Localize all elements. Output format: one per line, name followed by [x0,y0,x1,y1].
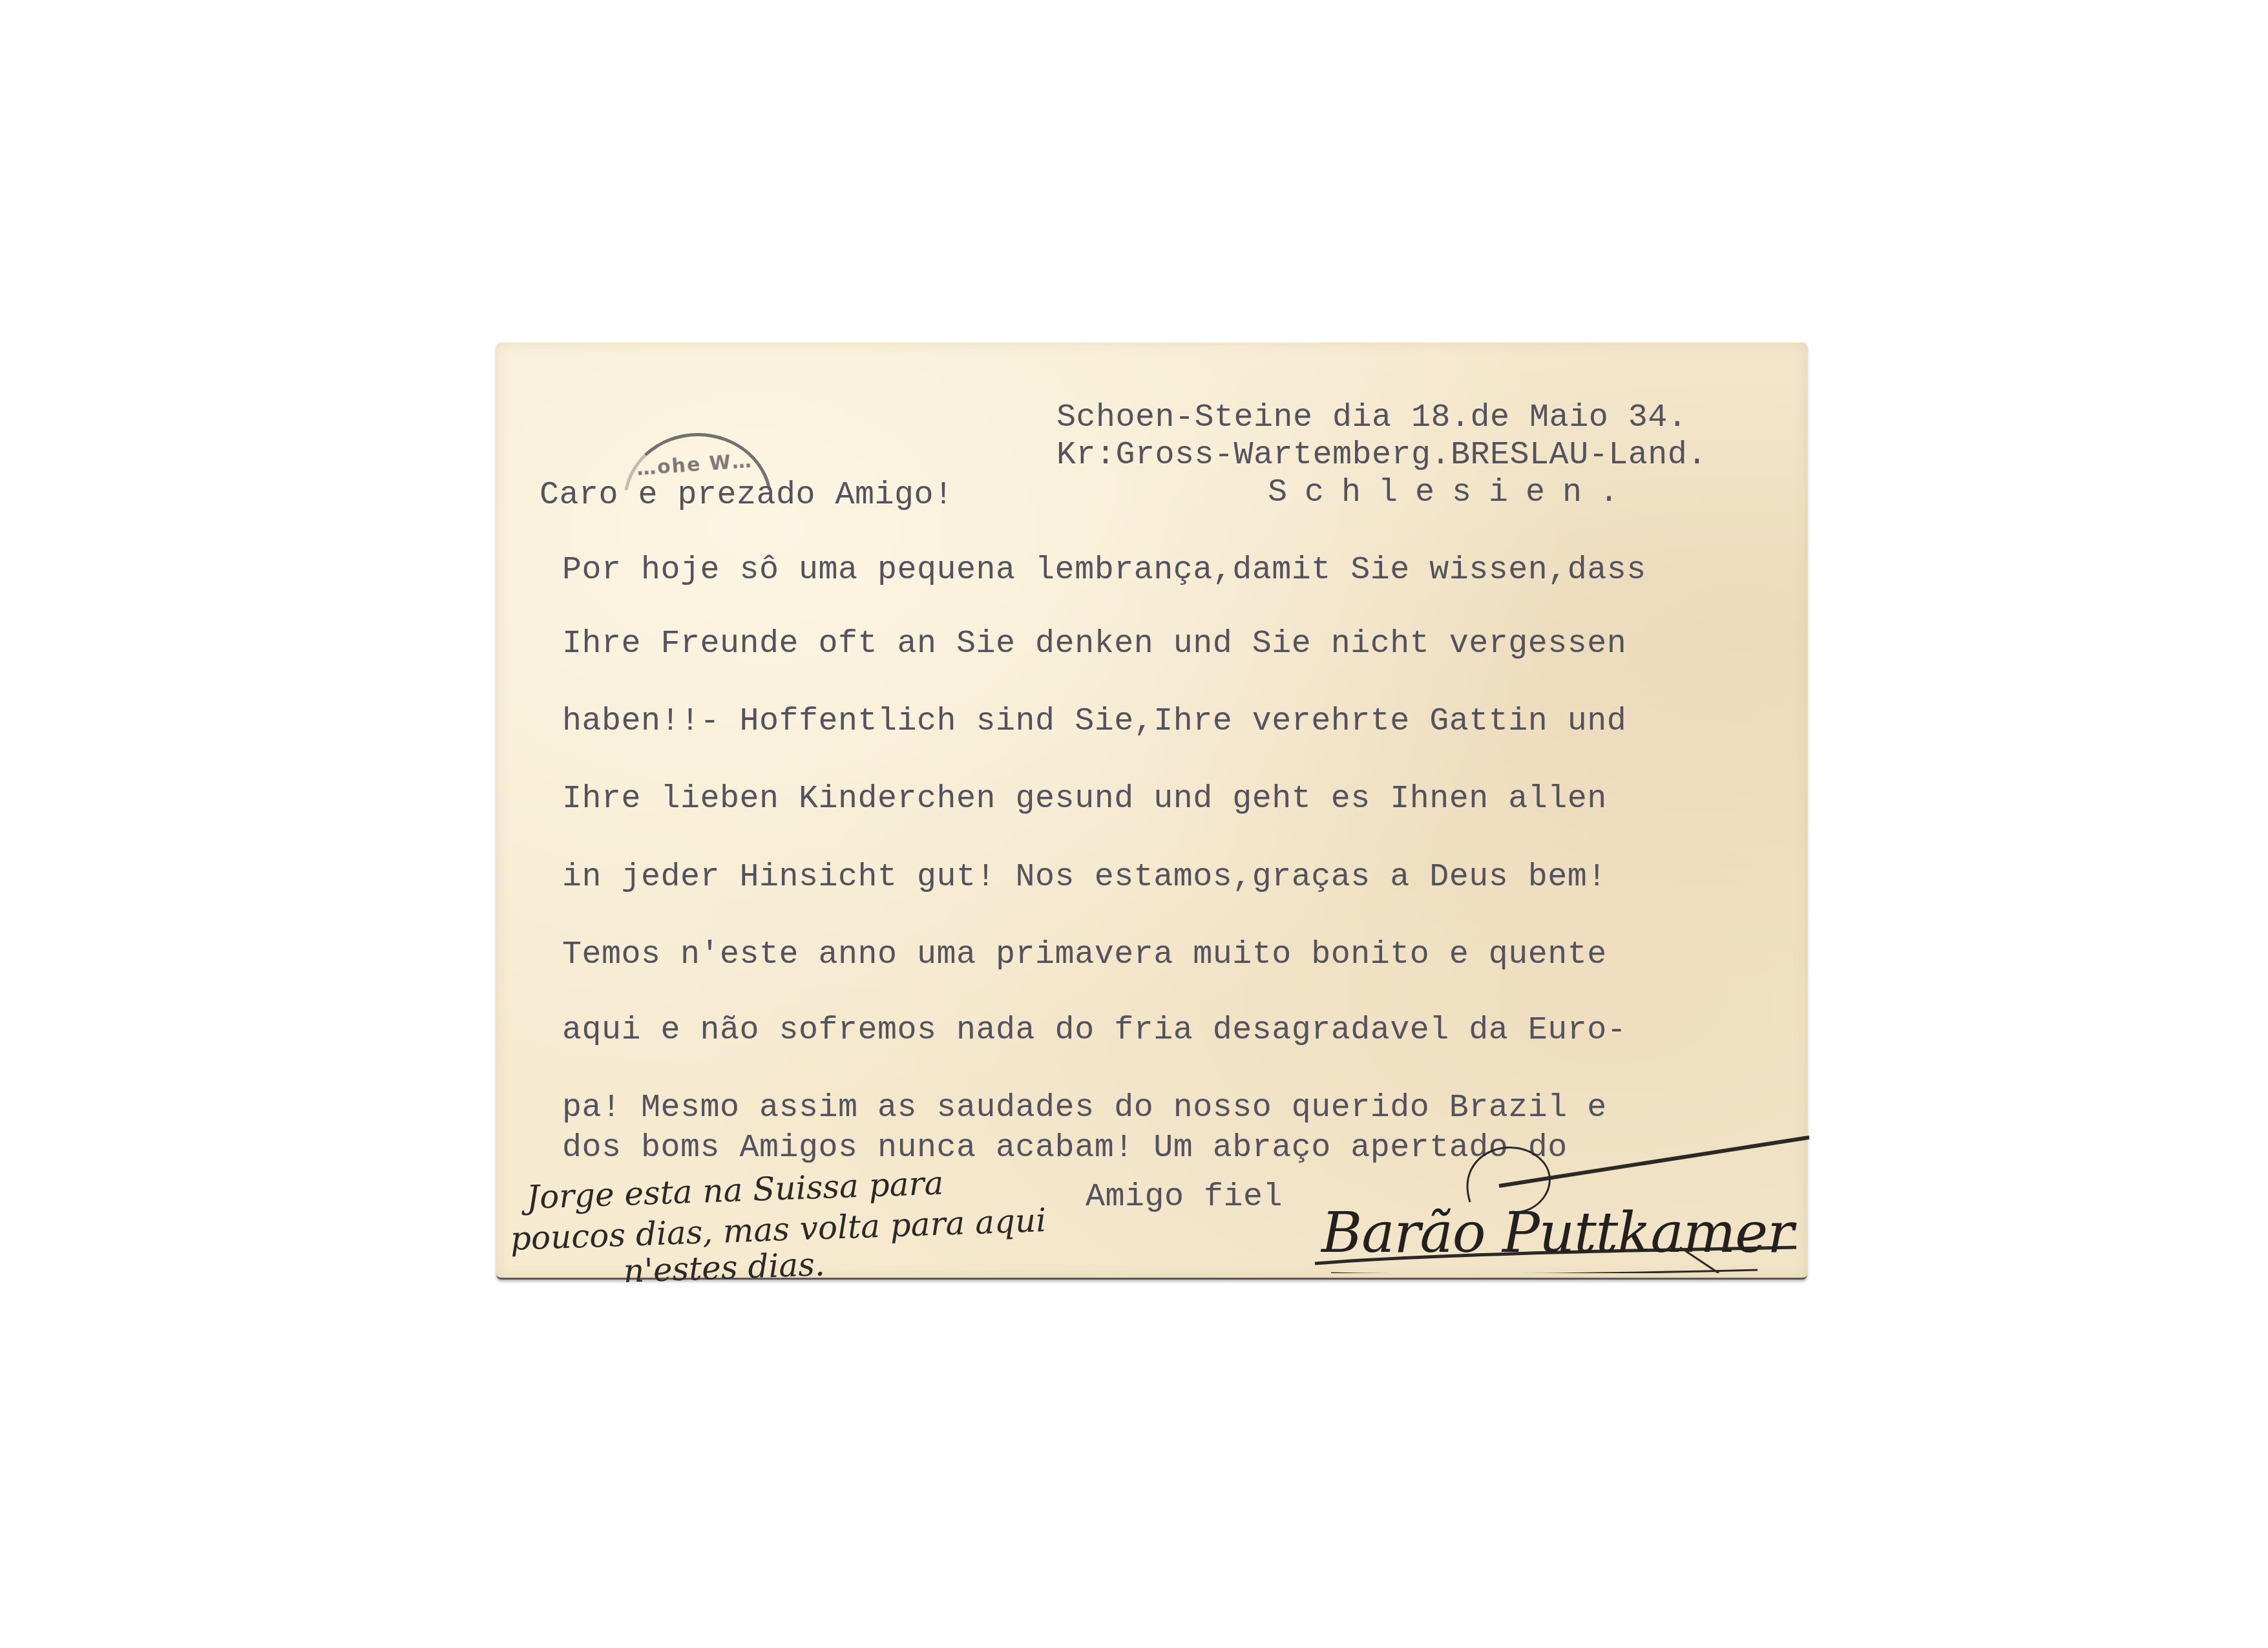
body-line: aqui e não sofremos nada do fria desagra… [562,1015,1626,1047]
body-line: Ihre lieben Kinderchen gesund und geht e… [562,783,1607,816]
body-line: in jeder Hinsicht gut! Nos estamos,graça… [562,861,1607,894]
header-region: Schlesien. [1268,477,1636,509]
body-line: Temos n'este anno uma primavera muito bo… [562,939,1607,971]
body-line: Ihre Freunde oft an Sie denken und Sie n… [562,628,1626,660]
header-district: Kr:Gross-Wartemberg.BRESLAU-Land. [1056,439,1707,472]
handwritten-line: n'estes dias. [623,1248,825,1287]
signature: Barão Puttkamer [1321,1201,1793,1265]
body-line: haben!!- Hoffentlich sind Sie,Ihre vereh… [562,706,1626,738]
greeting: Caro e prezado Amigo! [540,480,954,512]
body-line: pa! Mesmo assim as saudades do nosso que… [562,1092,1607,1125]
closing: Amigo fiel [1086,1181,1283,1214]
body-line: Por hoje sô uma pequena lembrança,damit … [562,555,1646,587]
header-place-date: Schoen-Steine dia 18.de Maio 34. [1056,402,1687,434]
